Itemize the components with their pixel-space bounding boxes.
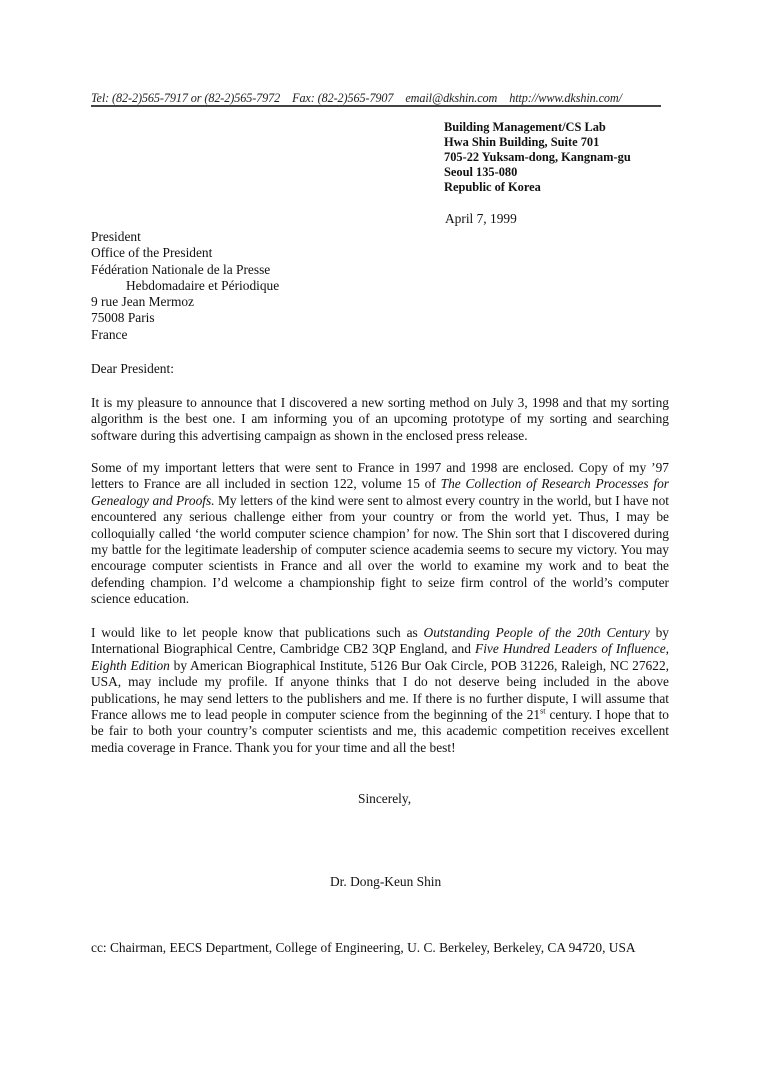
letterhead-email[interactable]: email@dkshin.com xyxy=(405,91,497,105)
recipient-address-line: 9 rue Jean Mermoz xyxy=(91,294,279,310)
body-paragraph-1: It is my pleasure to announce that I dis… xyxy=(91,395,669,444)
cc-line: cc: Chairman, EECS Department, College o… xyxy=(91,940,636,956)
recipient-address-line: Office of the President xyxy=(91,245,279,261)
letterhead-tel: Tel: (82-2)565-7917 or (82-2)565-7972 xyxy=(91,91,280,105)
sender-address-line: Seoul 135-080 xyxy=(444,165,631,180)
closing: Sincerely, xyxy=(358,791,411,807)
publication-title: Five Hundred Leaders of Influence xyxy=(475,641,666,656)
body-paragraph-2: Some of my important letters that were s… xyxy=(91,460,669,608)
publication-edition: Eighth Edition xyxy=(91,658,170,673)
sender-address-line: Hwa Shin Building, Suite 701 xyxy=(444,135,631,150)
letter-date: April 7, 1999 xyxy=(445,211,517,227)
salutation: Dear President: xyxy=(91,361,174,377)
signature-name: Dr. Dong-Keun Shin xyxy=(330,874,441,890)
recipient-address: President Office of the President Fédéra… xyxy=(91,229,279,343)
publication-title: Outstanding People of the 20th Century xyxy=(424,625,650,640)
sender-address-line: 705-22 Yuksam-dong, Kangnam-gu xyxy=(444,150,631,165)
recipient-address-line: France xyxy=(91,327,279,343)
sender-address-line: Building Management/CS Lab xyxy=(444,120,631,135)
sender-address: Building Management/CS Lab Hwa Shin Buil… xyxy=(444,120,631,195)
recipient-address-line: President xyxy=(91,229,279,245)
letterhead-fax: Fax: (82-2)565-7907 xyxy=(292,91,393,105)
paragraph-text: My letters of the kind were sent to almo… xyxy=(91,493,669,606)
recipient-address-line: Hebdomadaire et Périodique xyxy=(91,278,279,294)
body-paragraph-3: I would like to let people know that pub… xyxy=(91,625,669,756)
paragraph-text: , xyxy=(666,641,669,656)
recipient-address-line: Fédération Nationale de la Presse xyxy=(91,262,279,278)
letterhead-website[interactable]: http://www.dkshin.com/ xyxy=(509,91,622,105)
paragraph-text: I would like to let people know that pub… xyxy=(91,625,424,640)
letterhead-contact-line: Tel: (82-2)565-7917 or (82-2)565-7972 Fa… xyxy=(91,91,661,107)
recipient-address-line: 75008 Paris xyxy=(91,310,279,326)
sender-address-line: Republic of Korea xyxy=(444,180,631,195)
